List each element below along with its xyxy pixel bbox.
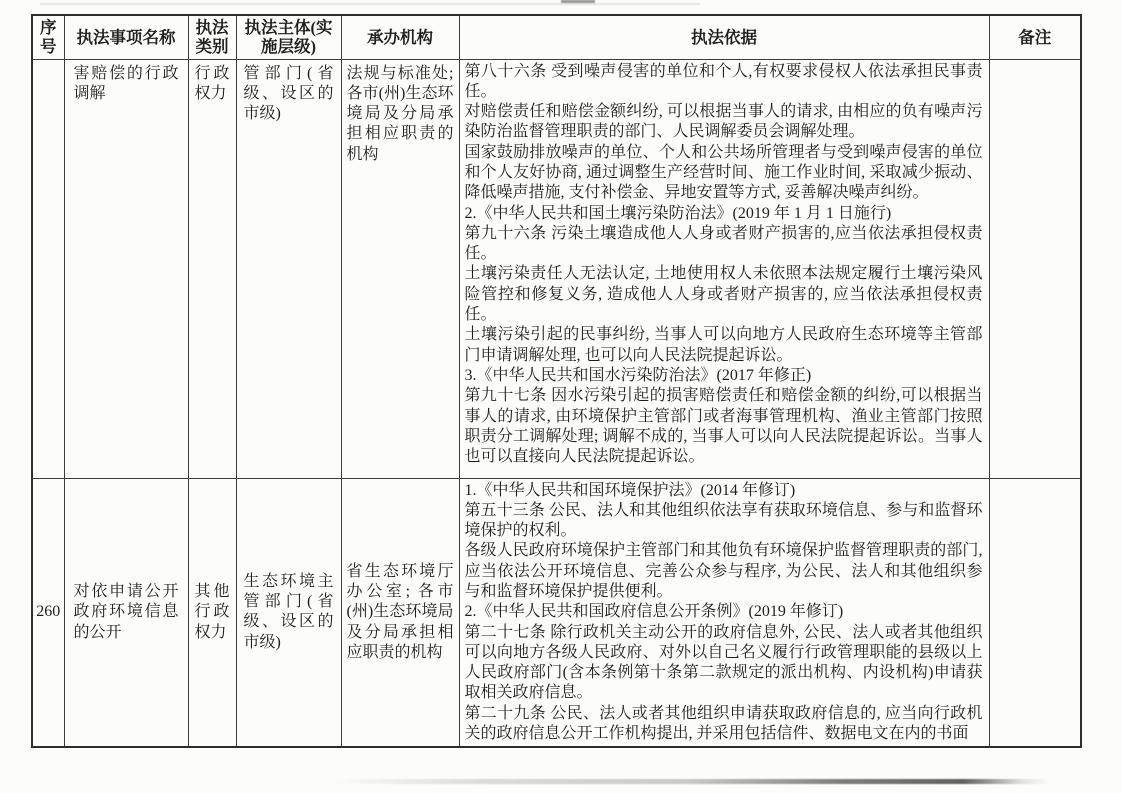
cell-subject: 生态环境主管部门(省级、设区的市级) [236, 478, 341, 747]
cell-remark [989, 478, 1081, 747]
cell-agency: 法规与标准处;各市(州)生态环境局及分局承担相应职责的机构 [341, 59, 459, 478]
scan-artifact-bottom-smudge [330, 779, 1050, 784]
cell-remark [989, 59, 1081, 478]
table-header-row: 序 号 执法事项名称 执法 类别 执法主体(实 施层级) 承办机构 执法依据 备… [32, 15, 1081, 59]
cell-item-name: 对依申请公开政府环境信息的公开 [64, 478, 188, 747]
col-header-remark: 备注 [989, 15, 1081, 59]
cell-item-name: 害赔偿的行政调解 [64, 59, 188, 478]
cell-legal-basis: 1.《中华人民共和国环境保护法》(2014 年修订) 第五十三条 公民、法人和其… [459, 478, 989, 747]
scan-artifact-top-dash [561, 0, 595, 3]
table-row: 260 对依申请公开政府环境信息的公开 其他行政权力 生态环境主管部门(省级、设… [32, 478, 1081, 747]
cell-category: 其他行政权力 [188, 478, 236, 747]
cell-agency: 省生态环境厅办公室; 各市(州)生态环境局及分局承担相应职责的机构 [341, 478, 459, 747]
cell-category: 行政权力 [188, 59, 236, 478]
col-header-subject: 执法主体(实 施层级) [236, 15, 341, 59]
col-header-seq: 序 号 [32, 15, 64, 59]
table-row: 害赔偿的行政调解 行政权力 管部门(省级、设区的市级) 法规与标准处;各市(州)… [32, 59, 1081, 478]
enforcement-items-table: 序 号 执法事项名称 执法 类别 执法主体(实 施层级) 承办机构 执法依据 备… [31, 14, 1082, 748]
cell-seq: 260 [32, 478, 64, 747]
scan-artifact-top-streak [40, 3, 700, 5]
col-header-basis: 执法依据 [459, 15, 989, 59]
col-header-category: 执法 类别 [188, 15, 236, 59]
scanned-document-page: 序 号 执法事项名称 执法 类别 执法主体(实 施层级) 承办机构 执法依据 备… [0, 0, 1122, 793]
cell-subject: 管部门(省级、设区的市级) [236, 59, 341, 478]
col-header-agency: 承办机构 [341, 15, 459, 59]
col-header-item-name: 执法事项名称 [64, 15, 188, 59]
cell-seq [32, 59, 64, 478]
cell-legal-basis: 第八十六条 受到噪声侵害的单位和个人,有权要求侵权人依法承担民事责任。 对赔偿责… [459, 59, 989, 478]
